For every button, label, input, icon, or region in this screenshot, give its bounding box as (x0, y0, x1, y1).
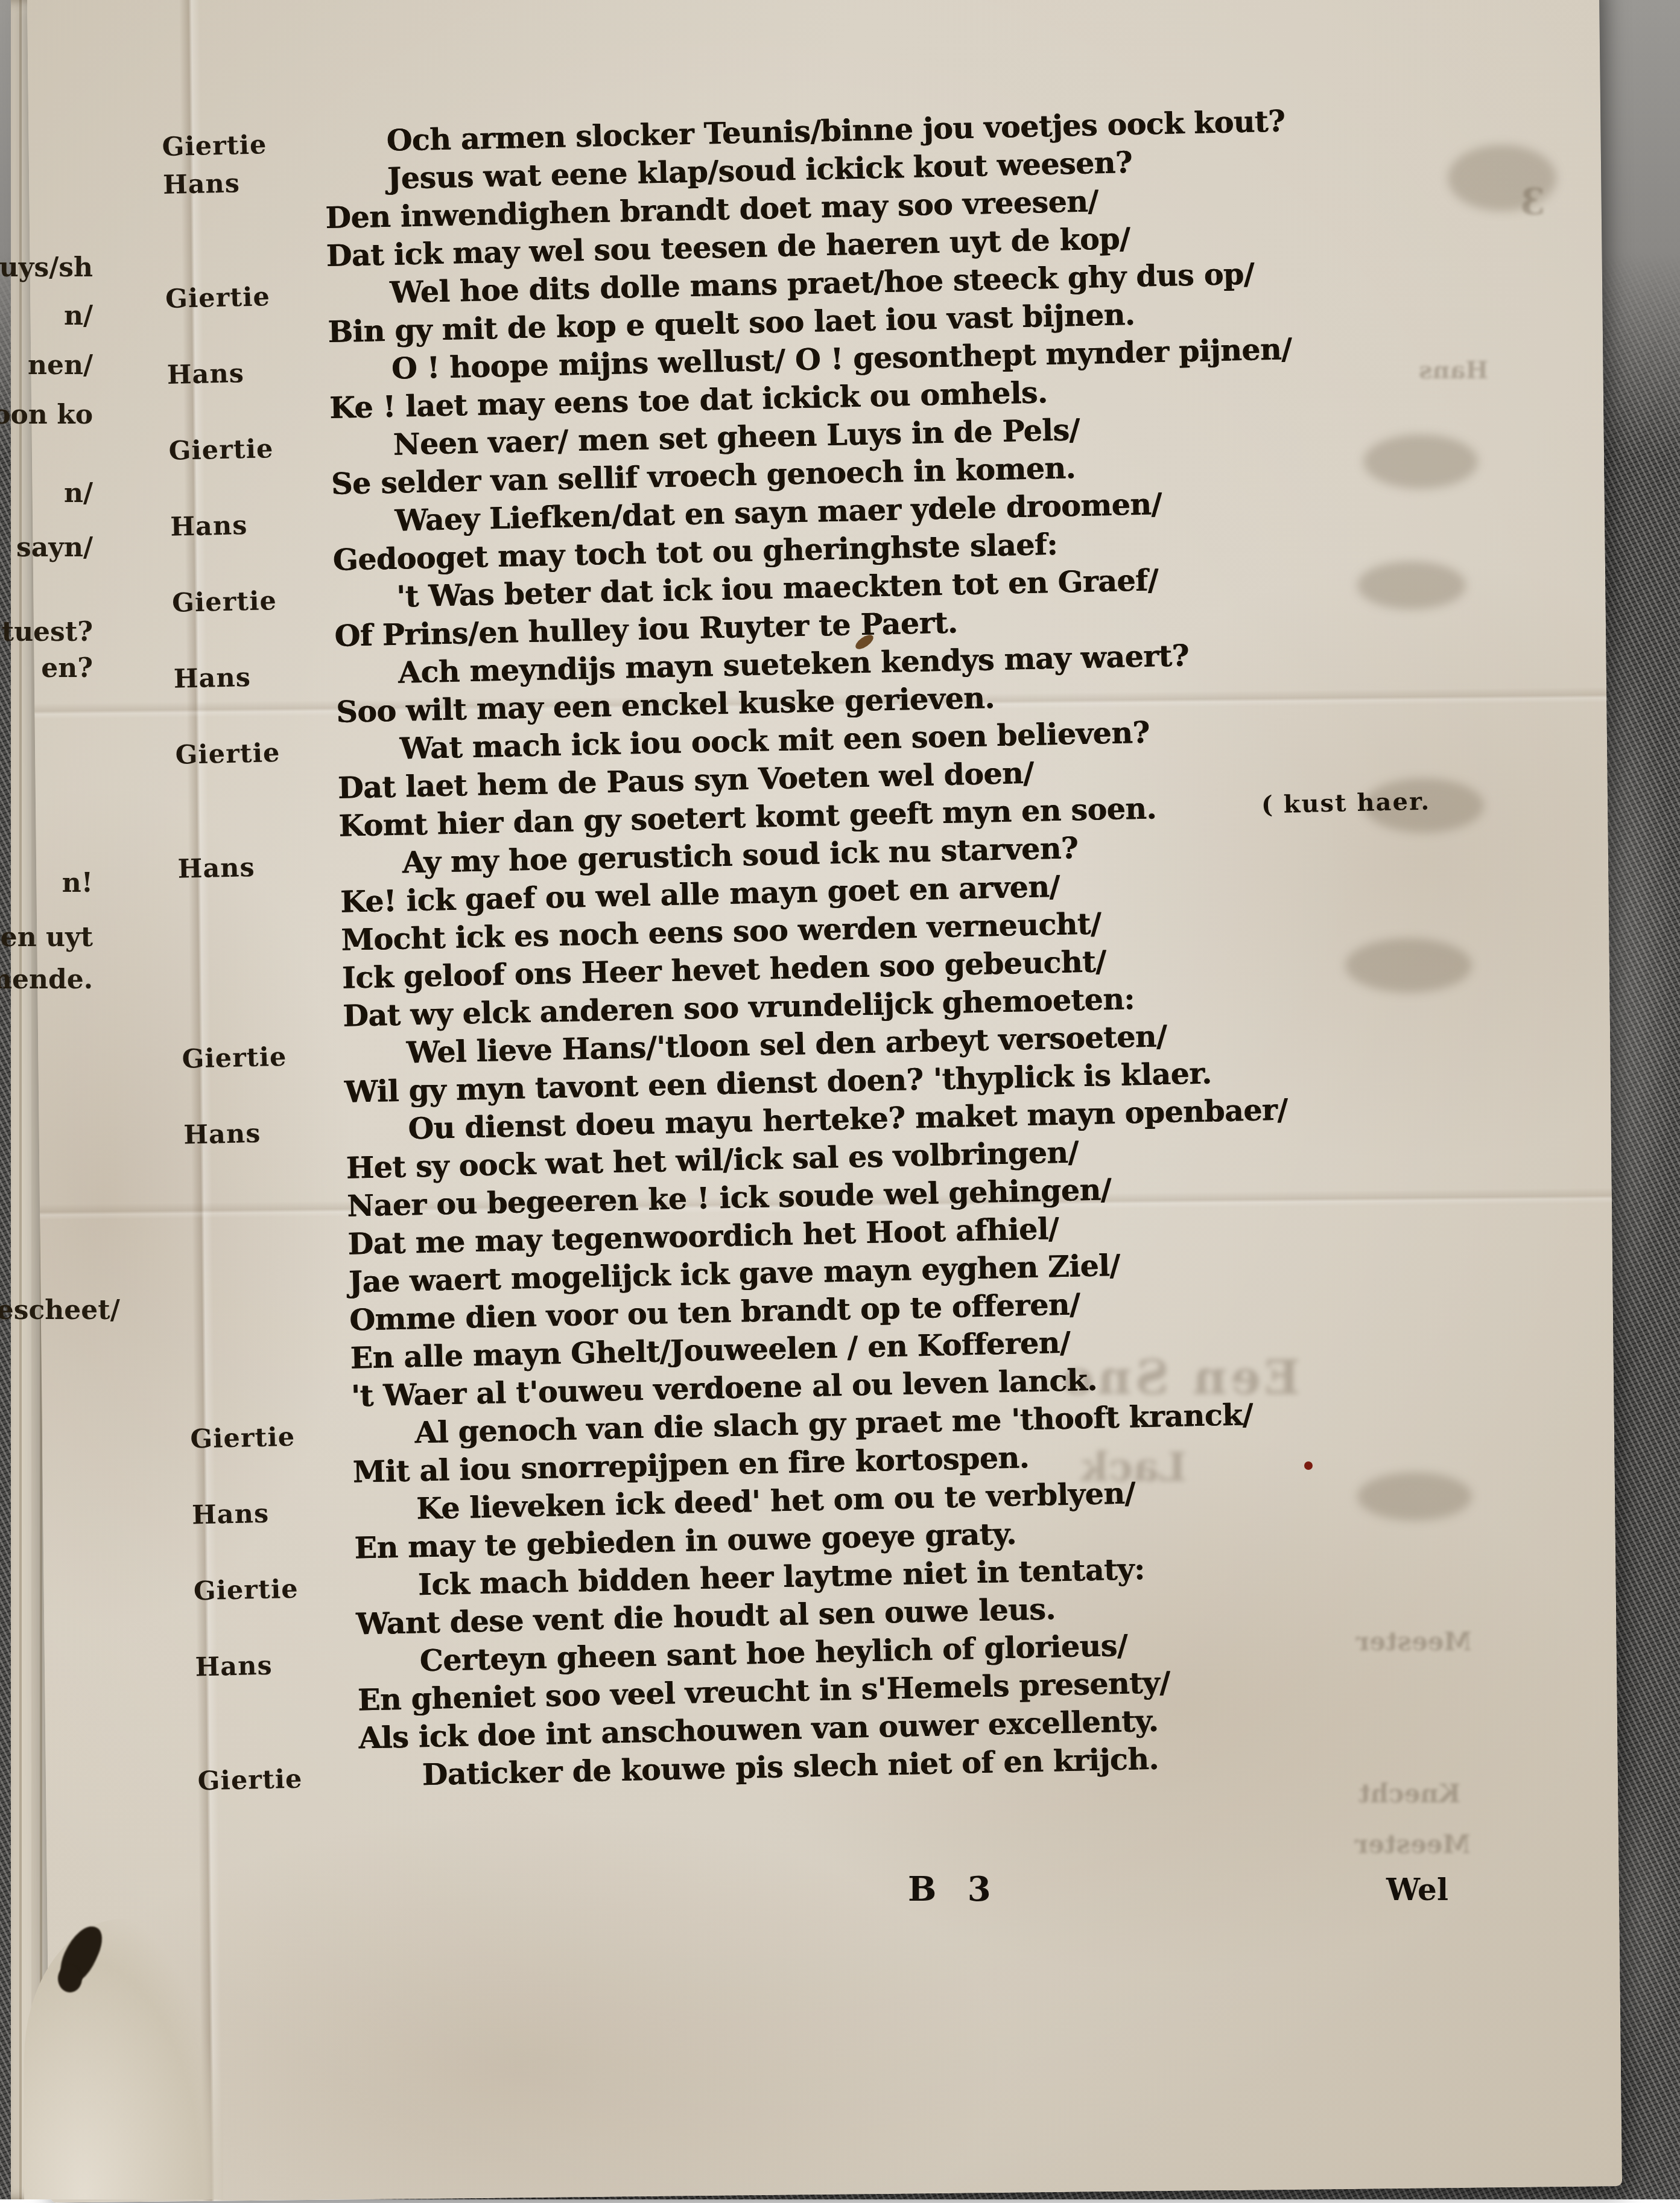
show-through-speaker-name: Meester (1355, 1829, 1471, 1859)
speaker-label (195, 1635, 357, 1638)
margin-fragment: mende. (0, 964, 93, 995)
speaker-label (197, 1749, 359, 1752)
speaker-label (196, 1711, 358, 1714)
speaker-label: Giertie (175, 737, 337, 771)
speaker-label (179, 912, 340, 916)
speaker-label (183, 1102, 344, 1106)
signature-mark: B 3 (908, 1869, 1001, 1909)
speaker-label: Giertie (197, 1763, 360, 1797)
speaker-label (182, 1026, 343, 1030)
show-through-speaker-name: Knecht (1358, 1779, 1460, 1808)
speaker-label: Hans (170, 509, 332, 542)
speaker-label (175, 722, 337, 726)
speaker-label (189, 1369, 350, 1372)
speaker-label (185, 1216, 347, 1220)
speaker-label (188, 1330, 350, 1334)
margin-fragment: n/ (0, 478, 93, 509)
margin-fragment: sayn/ (0, 532, 93, 563)
speaker-label: Hans (166, 357, 329, 390)
speaker-label (185, 1178, 346, 1182)
speaker-label: Giertie (190, 1421, 352, 1455)
margin-fragment: bescheet/ (0, 1295, 93, 1326)
speaker-label (173, 646, 335, 650)
margin-fragment: n/ (0, 300, 93, 331)
speaker-label (176, 798, 338, 802)
stage-direction: ( kust haer. (1261, 787, 1430, 819)
speaker-label: Hans (177, 851, 340, 885)
speaker-label (193, 1559, 355, 1562)
page-corner-curl (24, 1919, 223, 2199)
speaker-label: Giertie (165, 281, 328, 314)
speaker-label: Giertie (168, 433, 331, 466)
speaker-label (191, 1483, 353, 1486)
speaker-label (180, 950, 341, 954)
speaker-label (165, 266, 326, 270)
speaker-label (177, 836, 339, 840)
margin-fragment: tjen uyt (0, 922, 93, 953)
speaker-label (189, 1407, 351, 1410)
speaker-label: Giertie (193, 1573, 355, 1607)
speaker-label: Giertie (182, 1041, 344, 1075)
margin-fragment: etuest? (0, 617, 93, 647)
dialogue-block: Giertie Och armen slocker Teunis/binne j… (162, 100, 1483, 1801)
margin-fragment: n! (0, 868, 93, 898)
speaker-label: Hans (163, 167, 325, 200)
speaker-label: Hans (173, 661, 335, 695)
catchword: Wel (1386, 1872, 1448, 1907)
margin-fragment: oon ko (0, 399, 93, 430)
speaker-label (168, 418, 330, 422)
speaker-label (186, 1254, 348, 1258)
speaker-label (171, 570, 333, 574)
speaker-label (187, 1292, 349, 1296)
speaker-label (170, 494, 331, 498)
ink-blot (58, 1965, 82, 1992)
speaker-label: Hans (195, 1649, 357, 1683)
speaker-label (180, 988, 342, 992)
speaker-label: Giertie (162, 129, 324, 162)
speaker-label: Hans (192, 1497, 354, 1531)
speaker-label (164, 228, 326, 232)
show-through-smudge (1448, 145, 1556, 211)
speaker-label: Hans (183, 1117, 346, 1151)
margin-fragment: nen/ (0, 350, 93, 381)
speaker-label (166, 342, 328, 346)
paper-fleck (1304, 1461, 1313, 1470)
margin-fragment: uys/sh (0, 252, 93, 283)
speaker-label: Giertie (172, 585, 334, 618)
margin-fragment: en? (0, 653, 93, 684)
